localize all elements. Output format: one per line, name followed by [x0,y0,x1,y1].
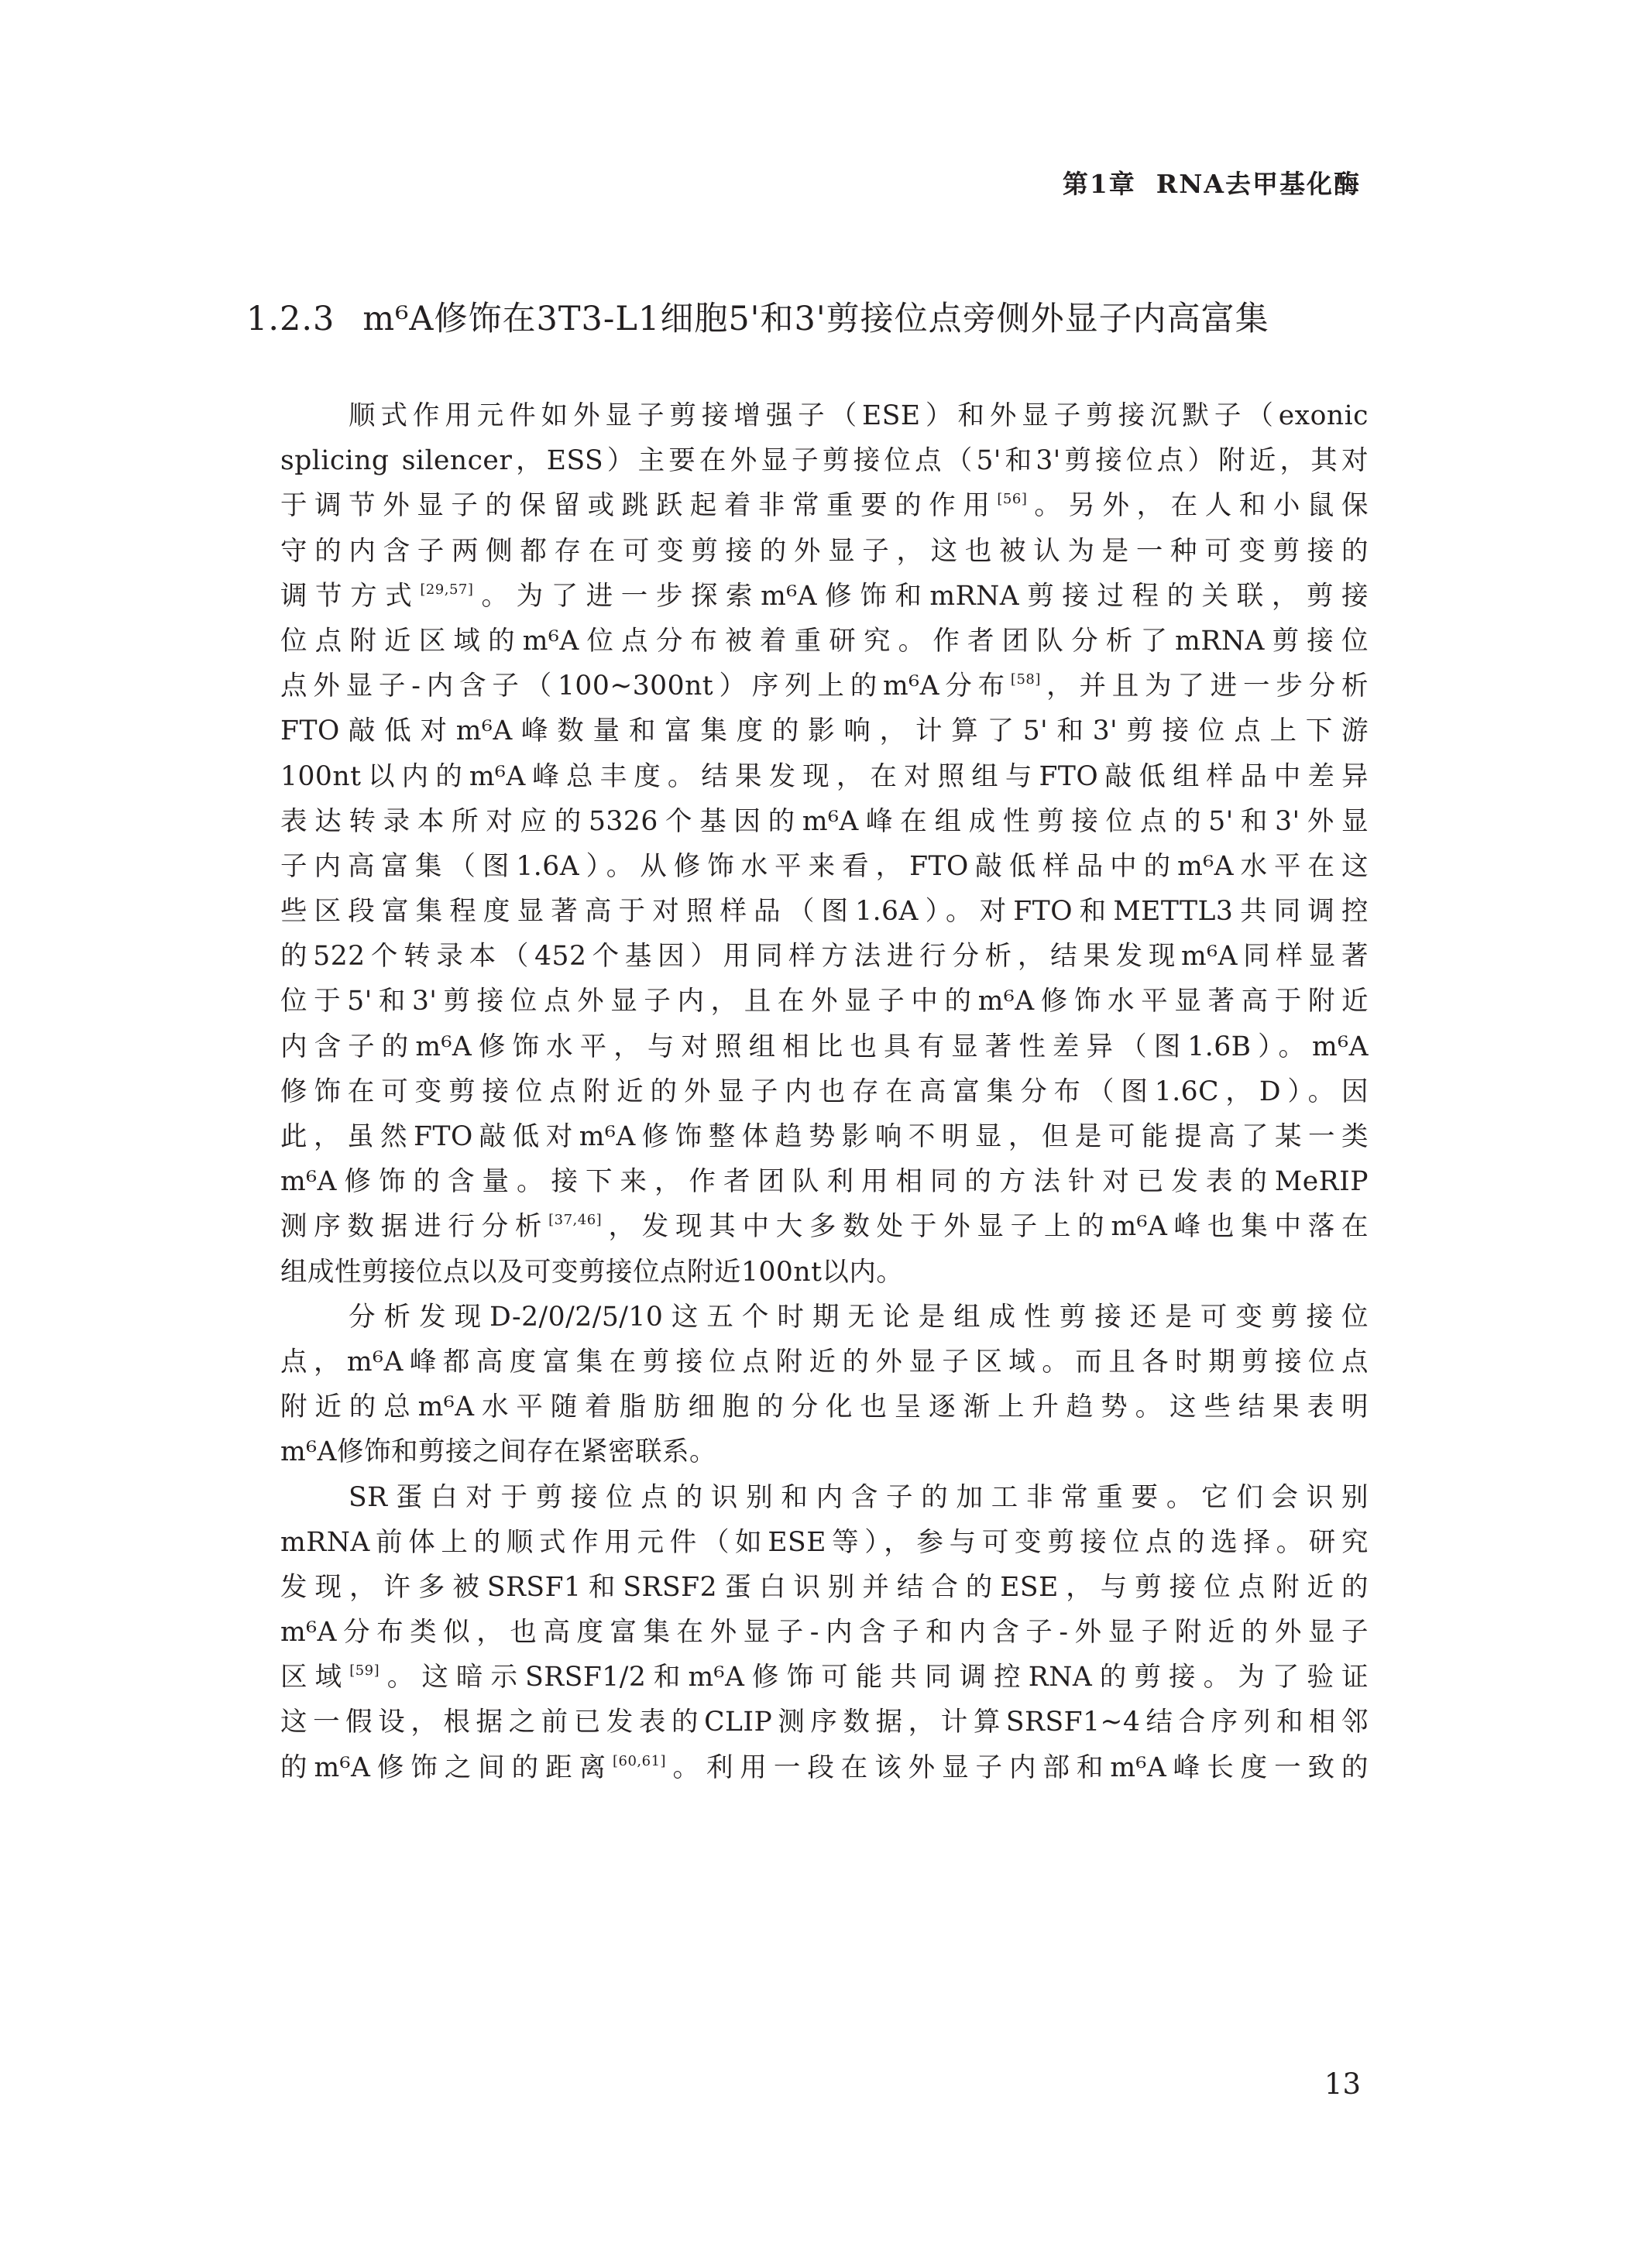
text-line: 发现，许多被SRSF1和SRSF2蛋白识别并结合的ESE，与剪接位点附近的 [280,1565,1369,1610]
text-line: 的522个转录本（452个基因）用同样方法进行分析，结果发现m⁶A同样显著 [280,934,1369,979]
chapter-title: RNA去甲基化酶 [1156,169,1361,199]
citation: [37,46] [548,1212,602,1228]
text-line: 组成性剪接位点以及可变剪接位点附近100nt以内。 [280,1250,1369,1295]
text-line: 守的内含子两侧都存在可变剪接的外显子，这也被认为是一种可变剪接的 [280,529,1369,574]
text-line: 的m⁶A修饰之间的距离[60,61]。利用一段在该外显子内部和m⁶A峰长度一致的 [280,1745,1369,1790]
text-line: 位于5'和3'剪接位点外显子内，且在外显子中的m⁶A修饰水平显著高于附近 [280,979,1369,1024]
text-line: m⁶A分布类似，也高度富集在外显子-内含子和内含子-外显子附近的外显子 [280,1610,1369,1655]
text-line: 区域[59]。这暗示SRSF1/2和m⁶A修饰可能共同调控RNA的剪接。为了验证 [280,1655,1369,1700]
text-line: 附近的总m⁶A水平随着脂肪细胞的分化也呈逐渐上升趋势。这些结果表明 [280,1384,1369,1429]
citation: [56] [997,491,1027,507]
citation: [59] [349,1662,380,1679]
text-line: 点外显子-内含子（100~300nt）序列上的m⁶A分布[58]，并且为了进一步… [280,664,1369,709]
text-line: 100nt以内的m⁶A峰总丰度。结果发现，在对照组与FTO敲低组样品中差异 [280,754,1369,799]
text-line: FTO敲低对m⁶A峰数量和富集度的影响，计算了5'和3'剪接位点上下游 [280,709,1369,753]
text-line: mRNA前体上的顺式作用元件（如ESE等），参与可变剪接位点的选择。研究 [280,1520,1369,1565]
text-line: 分析发现D-2/0/2/5/10这五个时期无论是组成性剪接还是可变剪接位 [280,1295,1369,1340]
citation: [58] [1011,671,1041,688]
text-line: 测序数据进行分析[37,46]，发现其中大多数处于外显子上的m⁶A峰也集中落在 [280,1204,1369,1249]
text-line: 调节方式[29,57]。为了进一步探索m⁶A修饰和mRNA剪接过程的关联，剪接 [280,574,1369,619]
page-number: 13 [1324,2067,1361,2101]
text-line: 顺式作用元件如外显子剪接增强子（ESE）和外显子剪接沉默子（exonic [280,393,1369,438]
text-line: splicing silencer，ESS）主要在外显子剪接位点（5'和3'剪接… [280,438,1369,483]
citation: [29,57] [420,582,473,598]
text-line: 位点附近区域的m⁶A位点分布被着重研究。作者团队分析了mRNA剪接位 [280,619,1369,664]
text-line: 修饰在可变剪接位点附近的外显子内也存在高富集分布（图1.6C，D）。因 [280,1069,1369,1114]
text-line: 此，虽然FTO敲低对m⁶A修饰整体趋势影响不明显，但是可能提高了某一类 [280,1114,1369,1159]
paragraph: 分析发现D-2/0/2/5/10这五个时期无论是组成性剪接还是可变剪接位点，m⁶… [280,1295,1369,1475]
running-head: 第1章RNA去甲基化酶 [1063,164,1361,201]
paragraph: SR蛋白对于剪接位点的识别和内含子的加工非常重要。它们会识别mRNA前体上的顺式… [280,1475,1369,1790]
text-line: 表达转录本所对应的5326个基因的m⁶A峰在组成性剪接位点的5'和3'外显 [280,799,1369,844]
text-line: 这一假设，根据之前已发表的CLIP测序数据，计算SRSF1~4结合序列和相邻 [280,1700,1369,1745]
text-line: SR蛋白对于剪接位点的识别和内含子的加工非常重要。它们会识别 [280,1475,1369,1520]
section-heading: 1.2.3m⁶A修饰在3T3-L1细胞5'和3'剪接位点旁侧外显子内高富集 [246,293,1269,340]
chapter-number: 第1章 [1063,169,1136,199]
text-line: m⁶A修饰的含量。接下来，作者团队利用相同的方法针对已发表的MeRIP [280,1159,1369,1204]
paragraph: 顺式作用元件如外显子剪接增强子（ESE）和外显子剪接沉默子（exonicspli… [280,393,1369,1295]
body-text: 顺式作用元件如外显子剪接增强子（ESE）和外显子剪接沉默子（exonicspli… [280,393,1369,1790]
text-line: 子内高富集（图1.6A）。从修饰水平来看，FTO敲低样品中的m⁶A水平在这 [280,844,1369,889]
citation: [60,61] [613,1753,666,1769]
text-line: 内含子的m⁶A修饰水平，与对照组相比也具有显著性差异（图1.6B）。m⁶A [280,1024,1369,1069]
section-title: m⁶A修饰在3T3-L1细胞5'和3'剪接位点旁侧外显子内高富集 [362,300,1269,338]
text-line: 点，m⁶A峰都高度富集在剪接位点附近的外显子区域。而且各时期剪接位点 [280,1340,1369,1384]
text-line: m⁶A修饰和剪接之间存在紧密联系。 [280,1429,1369,1474]
text-line: 于调节外显子的保留或跳跃起着非常重要的作用[56]。另外，在人和小鼠保 [280,483,1369,528]
section-number: 1.2.3 [246,300,335,338]
text-line: 些区段富集程度显著高于对照样品（图1.6A）。对FTO和METTL3共同调控 [280,889,1369,934]
